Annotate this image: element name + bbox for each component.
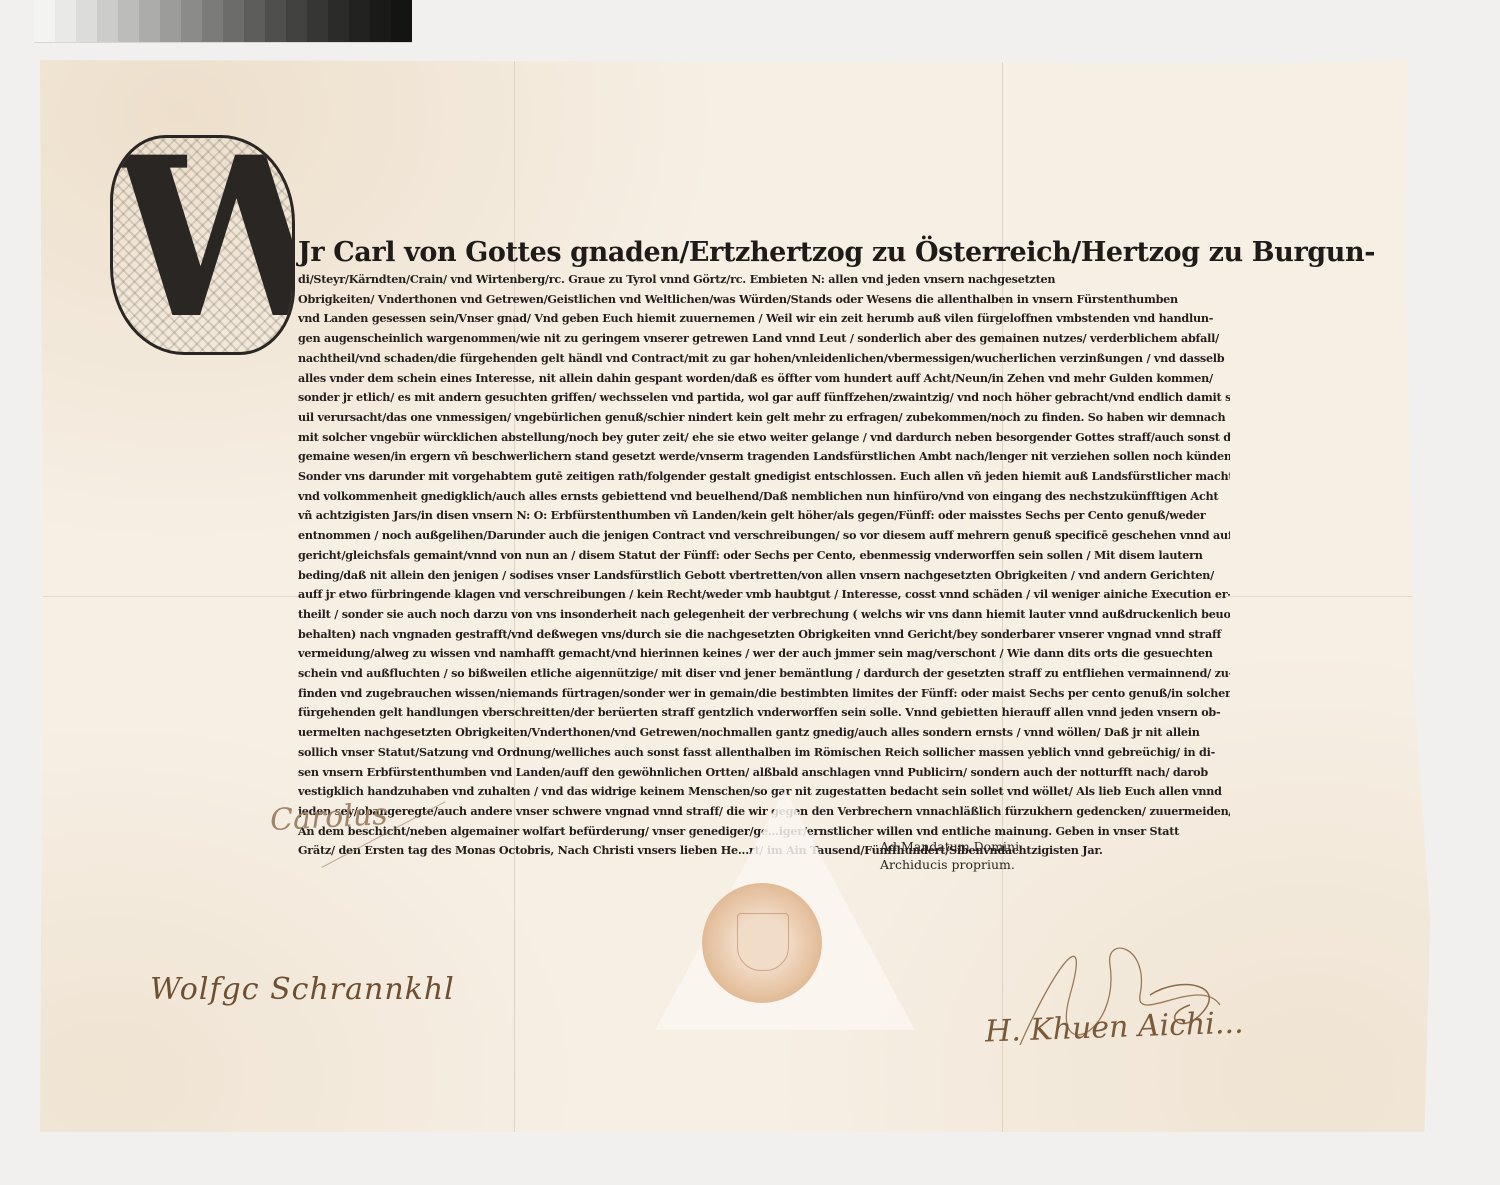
calibration-patch [370,0,391,42]
calibration-patch [265,0,286,42]
body-text-line: gemaine wesen/in ergern vñ beschwerliche… [298,447,1230,467]
body-text-line: vnd volkommenheit gnedigklich/auch alles… [298,487,1230,507]
calibration-patch [349,0,370,42]
body-text-line: sollich vnser Statut/Satzung vnd Ordnung… [298,743,1230,763]
calibration-patch [307,0,328,42]
body-text-line: schein vnd außfluchten / so bißweilen et… [298,664,1230,684]
decorated-initial-letter: W [110,135,295,355]
body-text-line: sen vnsern Erbfürstenthumben vnd Landen/… [298,763,1230,783]
coat-of-arms-icon [737,913,789,971]
calibration-patch [34,0,55,42]
body-text-line: theilt / sonder sie auch noch darzu von … [298,605,1230,625]
calibration-patch [160,0,181,42]
body-text-line: uermelten nachgesetzten Obrigkeiten/Vnde… [298,723,1230,743]
wax-seal [702,883,822,1003]
signature-bottom-left: Wolfgc Schrannkhl [150,972,455,1007]
body-text-line: auff jr etwo fürbringende klagen vnd ver… [298,585,1230,605]
body-text-line: Obrigkeiten/ Vnderthonen vnd Getrewen/Ge… [298,290,1230,310]
body-text-line: alles vnder dem schein eines Interesse, … [298,369,1230,389]
calibration-patch [181,0,202,42]
body-text-line: beding/daß nit allein den jenigen / sodi… [298,566,1230,586]
calibration-patch [286,0,307,42]
body-text-line: gericht/gleichsfals gemaint/vnnd von nun… [298,546,1230,566]
body-text-line: finden vnd zugebrauchen wissen/niemands … [298,684,1230,704]
calibration-patch [328,0,349,42]
body-text-line: vermeidung/alweg zu wissen vnd namhafft … [298,644,1230,664]
body-text-line: fürgehenden gelt handlungen vberschreitt… [298,703,1230,723]
calibration-patch [244,0,265,42]
calibration-patch [55,0,76,42]
body-text-line: gen augenscheinlich wargenommen/wie nit … [298,329,1230,349]
body-text-line: uil verursacht/das one vnmessigen/ vngeb… [298,408,1230,428]
body-text-line: behalten) nach vngnaden gestrafft/vnd de… [298,625,1230,645]
body-text-line: nachtheil/vnd schaden/die fürgehenden ge… [298,349,1230,369]
calibration-patch [202,0,223,42]
calibration-patch [118,0,139,42]
calibration-patch [139,0,160,42]
document-body: di/Steyr/Kärndten/Crain/ vnd Wirtenberg/… [298,270,1230,861]
body-text-line: vñ achtzigisten Jars/in disen vnsern N: … [298,506,1230,526]
calibration-patch [97,0,118,42]
body-text-line: di/Steyr/Kärndten/Crain/ vnd Wirtenberg/… [298,270,1230,290]
body-text-line: sonder jr etlich/ es mit andern gesuchte… [298,388,1230,408]
body-text-line: entnommen / noch außgelihen/Darunder auc… [298,526,1230,546]
color-calibration-strip [34,0,412,42]
body-text-line: mit solcher vngebür würcklichen abstellu… [298,428,1230,448]
body-text-line: Sonder vns darunder mit vorgehabtem gutē… [298,467,1230,487]
signature-carolus: Carolus [269,797,388,838]
calibration-patch [391,0,412,42]
calibration-patch [223,0,244,42]
body-text-line: vnd Landen gesessen sein/Vnser gnad/ Vnd… [298,309,1230,329]
document-heading: Jr Carl von Gottes gnaden/Ertzhertzog zu… [298,236,1228,270]
calibration-patch [76,0,97,42]
